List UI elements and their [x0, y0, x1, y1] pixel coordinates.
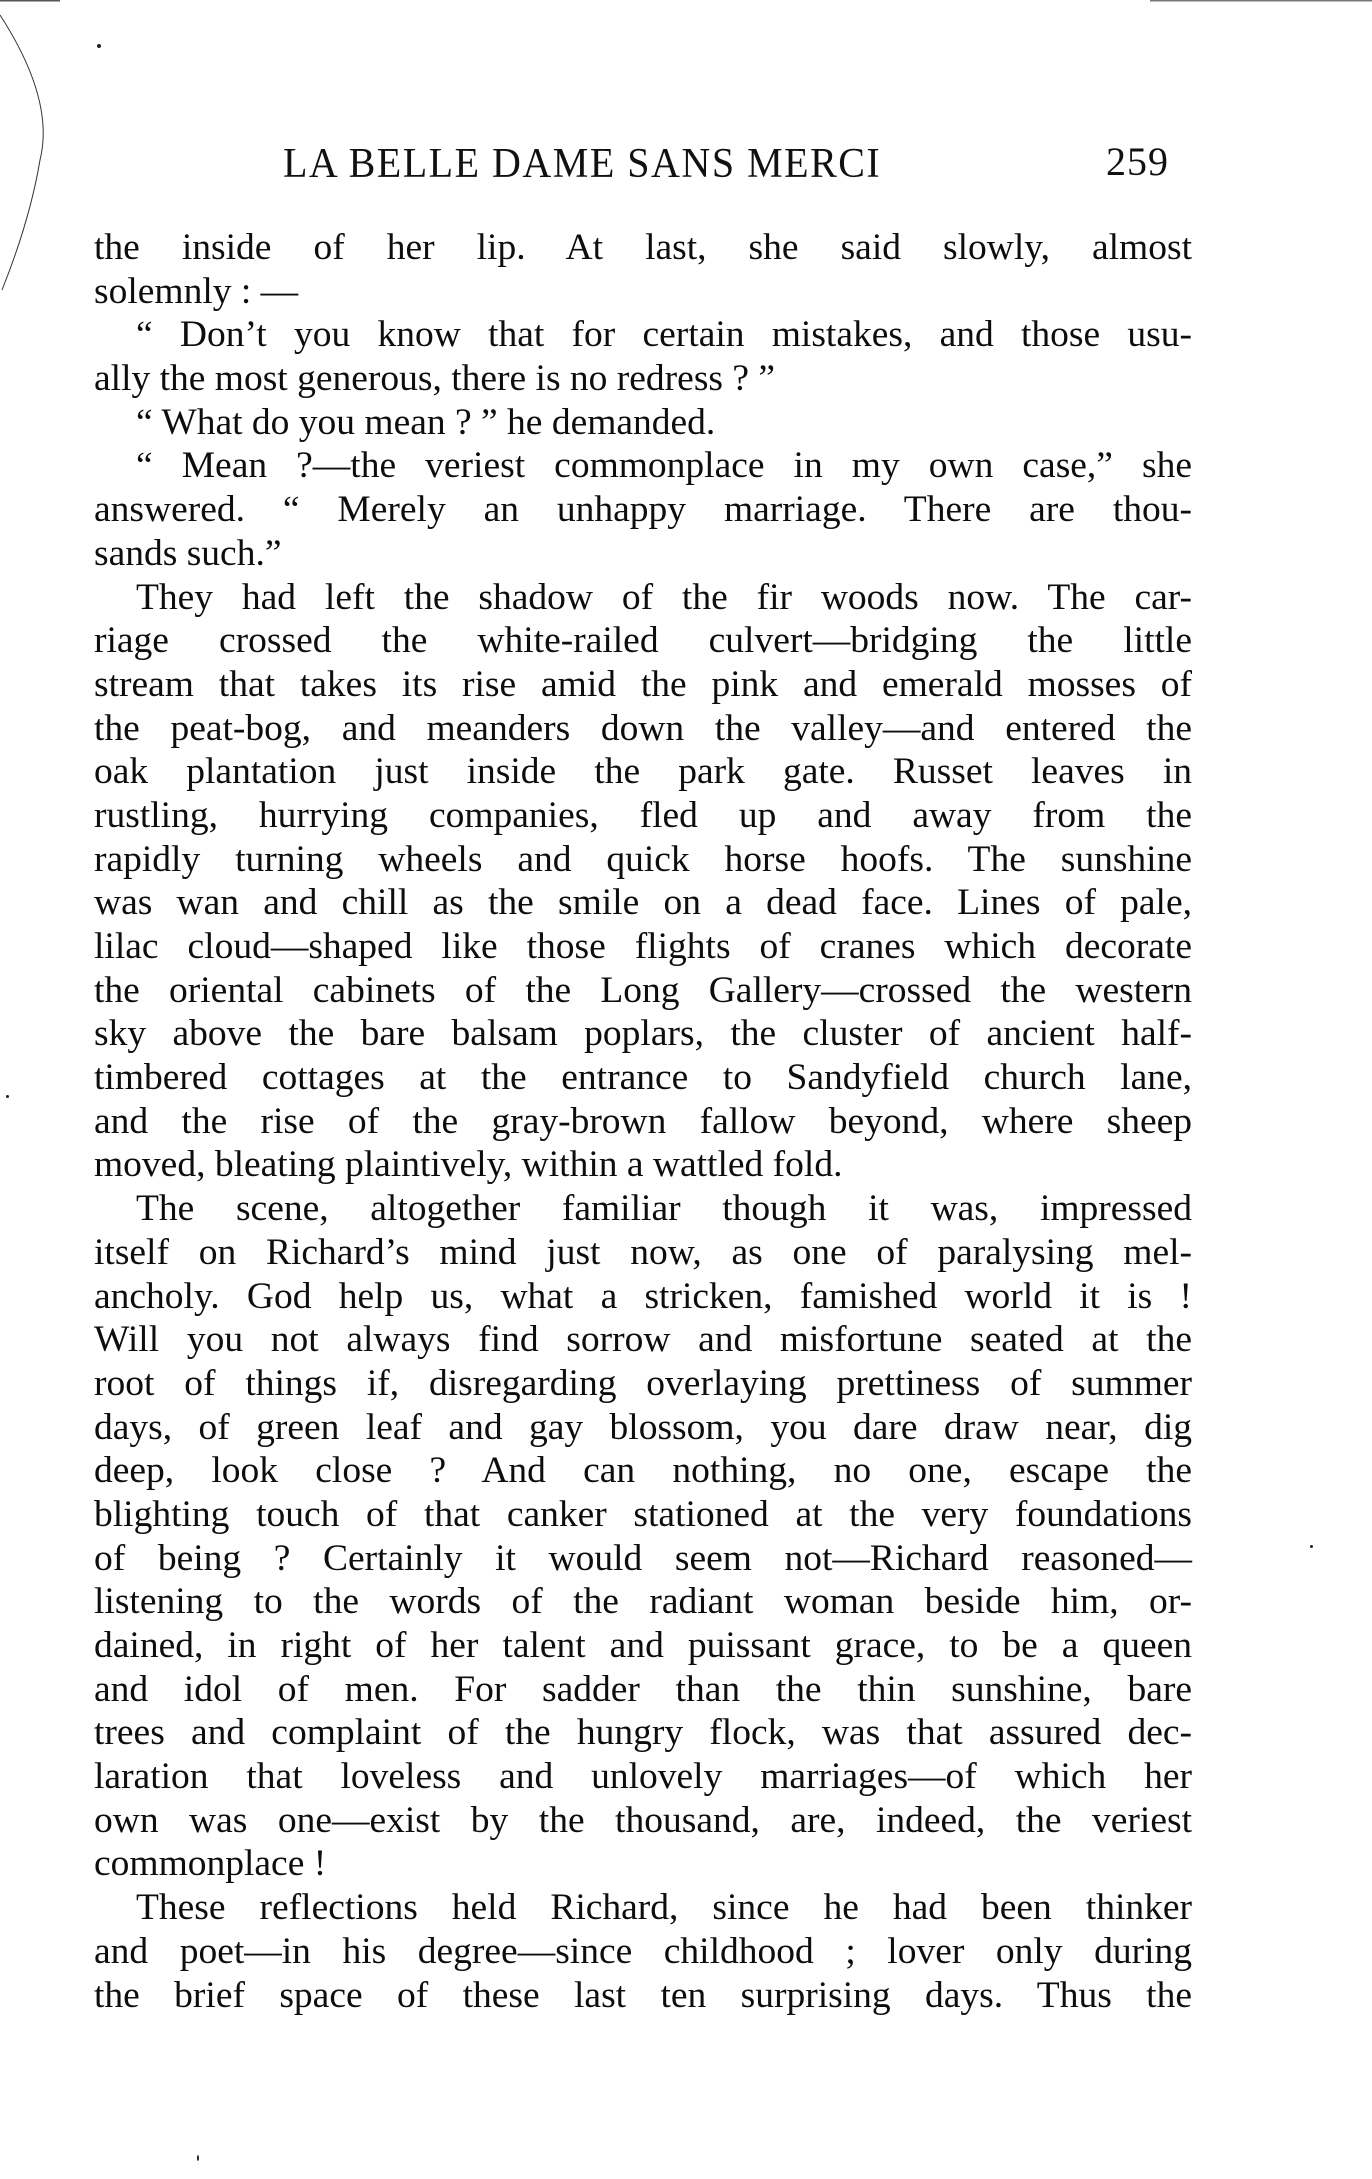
text-line: blighting touch of that canker stationed… [94, 1493, 1192, 1537]
text-line: lilac cloud—shaped like those flights of… [94, 925, 1192, 969]
scan-speck [1310, 1545, 1313, 1548]
text-line: The scene, altogether familiar though it… [94, 1187, 1192, 1231]
text-line: days, of green leaf and gay blossom, you… [94, 1406, 1192, 1450]
text-line: Will you not always find sorrow and misf… [94, 1318, 1192, 1362]
text-line: and poet—in his degree—since childhood ;… [94, 1930, 1192, 1974]
text-line: commonplace ! [94, 1842, 1192, 1886]
text-line: “ Don’t you know that for certain mistak… [94, 313, 1192, 357]
text-line: “ What do you mean ? ” he demanded. [94, 401, 1192, 445]
text-line: listening to the words of the radiant wo… [94, 1580, 1192, 1624]
text-line: stream that takes its rise amid the pink… [94, 663, 1192, 707]
text-line: was wan and chill as the smile on a dead… [94, 881, 1192, 925]
body-text: the inside of her lip. At last, she said… [94, 226, 1192, 2017]
scan-speck [97, 44, 101, 48]
text-line: answered. “ Merely an unhappy marriage. … [94, 488, 1192, 532]
text-line: the inside of her lip. At last, she said… [94, 226, 1192, 270]
text-line: timbered cottages at the entrance to San… [94, 1056, 1192, 1100]
text-line: oak plantation just inside the park gate… [94, 750, 1192, 794]
text-line: the oriental cabinets of the Long Galler… [94, 969, 1192, 1013]
text-line: These reflections held Richard, since he… [94, 1886, 1192, 1930]
scan-speck [6, 1095, 9, 1098]
text-line: riage crossed the white-railed culvert—b… [94, 619, 1192, 663]
text-line: and idol of men. For sadder than the thi… [94, 1668, 1192, 1712]
text-line: dained, in right of her talent and puiss… [94, 1624, 1192, 1668]
text-line: solemnly : — [94, 270, 1192, 314]
running-head: LA BELLE DAME SANS MERCI [283, 138, 1003, 187]
scan-edge-noise [0, 0, 1372, 3]
text-line: laration that loveless and unlovely marr… [94, 1755, 1192, 1799]
scan-speck [197, 2155, 199, 2161]
text-line: moved, bleating plaintively, within a wa… [94, 1143, 1192, 1187]
text-line: rapidly turning wheels and quick horse h… [94, 838, 1192, 882]
text-line: itself on Richard’s mind just now, as on… [94, 1231, 1192, 1275]
text-line: sands such.” [94, 532, 1192, 576]
text-line: the peat-bog, and meanders down the vall… [94, 707, 1192, 751]
text-line: the brief space of these last ten surpri… [94, 1974, 1192, 2018]
text-line: ancholy. God help us, what a stricken, f… [94, 1275, 1192, 1319]
text-line: ally the most generous, there is no redr… [94, 357, 1192, 401]
text-line: of being ? Certainly it would seem not—R… [94, 1537, 1192, 1581]
text-line: sky above the bare balsam poplars, the c… [94, 1012, 1192, 1056]
text-line: trees and complaint of the hungry flock,… [94, 1711, 1192, 1755]
text-line: rustling, hurrying companies, fled up an… [94, 794, 1192, 838]
text-line: own was one—exist by the thousand, are, … [94, 1799, 1192, 1843]
text-line: root of things if, disregarding overlayi… [94, 1362, 1192, 1406]
book-page: LA BELLE DAME SANS MERCI 259 the inside … [0, 0, 1372, 2179]
page-number: 259 [1106, 138, 1169, 185]
text-line: and the rise of the gray-brown fallow be… [94, 1100, 1192, 1144]
text-line: “ Mean ?—the veriest commonplace in my o… [94, 444, 1192, 488]
page-curl-edge [0, 0, 60, 300]
text-line: They had left the shadow of the fir wood… [94, 576, 1192, 620]
text-line: deep, look close ? And can nothing, no o… [94, 1449, 1192, 1493]
